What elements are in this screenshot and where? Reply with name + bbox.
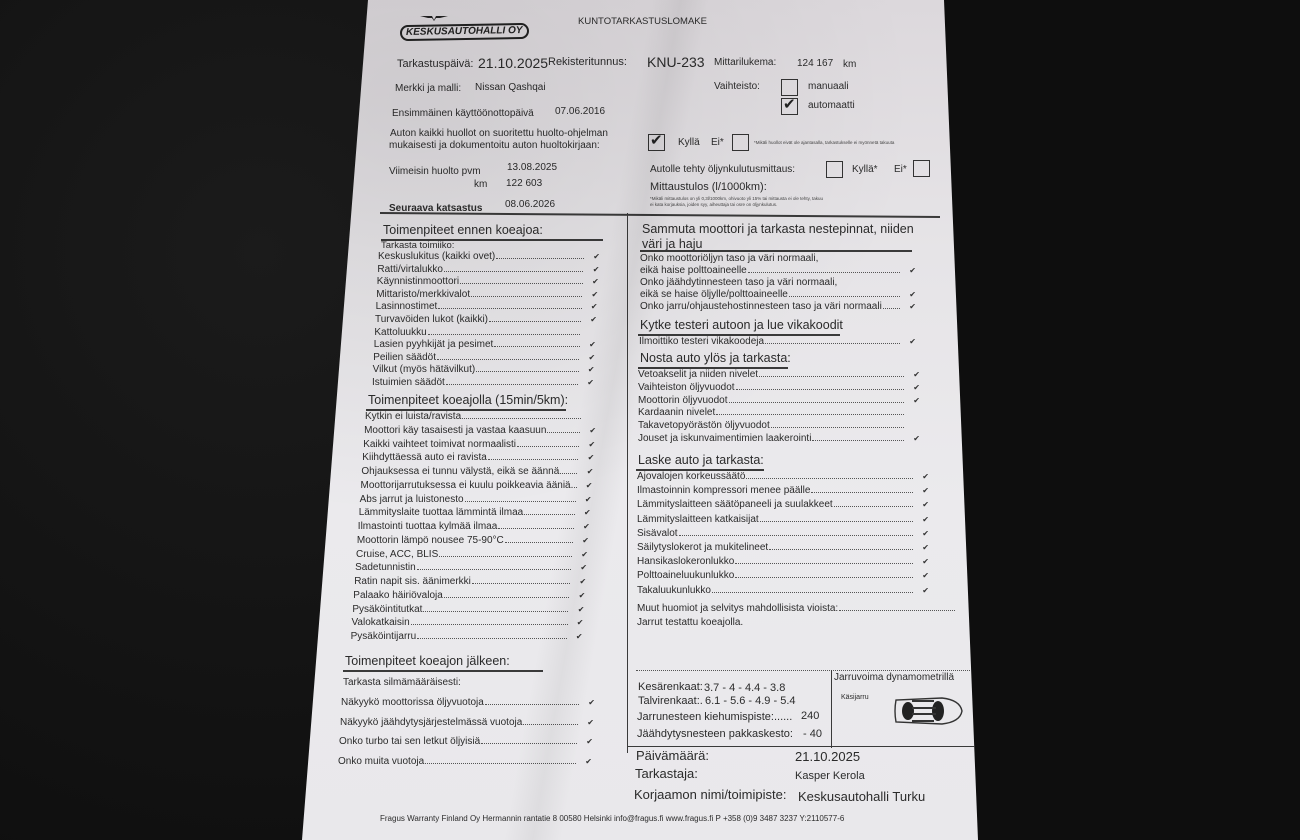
odometer-label: Mittarilukema: bbox=[714, 57, 776, 68]
service-history-label-2: mukaisesti ja dokumentoitu auton huoltok… bbox=[389, 140, 600, 151]
transmission-automatic-label: automaatti bbox=[808, 100, 855, 111]
service-history-yes-label: Kyllä bbox=[678, 137, 700, 148]
dotted-leader bbox=[771, 426, 904, 428]
service-history-note: *Mikäli huollot eivät ole ajantasalla, t… bbox=[754, 140, 894, 145]
checklist-item-label: Sadetunnistin bbox=[355, 562, 416, 573]
checklist-item-label: Käynnistinmoottori bbox=[377, 276, 459, 287]
checklist-item[interactable]: Moottorin lämpö nousee 75-90°C✔ bbox=[357, 535, 589, 546]
checklist-item[interactable]: Näkyykö jäähdytysjärjestelmässä vuotoja✔ bbox=[340, 717, 594, 728]
dotted-leader bbox=[716, 413, 904, 415]
service-history-no-checkbox[interactable] bbox=[732, 134, 749, 151]
check-mark-icon: ✔ bbox=[575, 536, 589, 545]
inspector-name: Kasper Kerola bbox=[795, 770, 865, 782]
check-mark-icon: ✔ bbox=[915, 557, 929, 566]
dotted-leader bbox=[789, 295, 900, 297]
dotted-leader bbox=[444, 596, 569, 598]
dotted-leader bbox=[735, 576, 913, 578]
checklist-item[interactable]: Lämmityslaite tuottaa lämmintä ilmaa✔ bbox=[359, 507, 591, 518]
check-mark-icon: ✔ bbox=[578, 495, 592, 504]
checklist-item-label: Cruise, ACC, BLIS bbox=[356, 549, 438, 560]
checklist-item[interactable]: Takaluukunlukko✔ bbox=[637, 585, 929, 596]
workshop-name: Keskusautohalli Turku bbox=[798, 789, 925, 804]
dotted-leader bbox=[494, 345, 579, 347]
section-fluids-heading-rule bbox=[640, 250, 912, 252]
summer-tires-label: Kesärenkaat: bbox=[638, 681, 703, 693]
notes-label: Muut huomiot ja selvitys mahdollisista v… bbox=[637, 603, 838, 614]
check-mark-icon: ✔ bbox=[581, 440, 595, 449]
form-title: KUNTOTARKASTUSLOMAKE bbox=[578, 16, 707, 27]
dotted-leader bbox=[765, 342, 900, 344]
service-history-yes-checkbox[interactable]: ✔ bbox=[648, 134, 665, 151]
section-subheading: Tarkasta toimiiko: bbox=[381, 240, 454, 251]
checklist-item[interactable]: Kattoluukku bbox=[374, 327, 596, 338]
check-mark-icon: ✔ bbox=[581, 698, 595, 707]
dotted-leader bbox=[769, 548, 913, 550]
footer-text: Fragus Warranty Finland Oy Hermannin ran… bbox=[380, 814, 844, 823]
dotted-leader bbox=[498, 527, 573, 529]
coolant-label: Jäähdytysnesteen pakkaskesto: bbox=[637, 728, 793, 740]
odometer-unit: km bbox=[843, 59, 856, 70]
checklist-item-label: Pysäköintijarru bbox=[351, 631, 417, 642]
checklist-item-label: Pysäköintitutkat bbox=[352, 604, 422, 615]
check-mark-icon: ✔ bbox=[915, 515, 929, 524]
dotted-leader bbox=[812, 439, 904, 441]
checklist-item[interactable]: Pysäköintitutkat✔ bbox=[352, 604, 584, 615]
check-mark-icon: ✔ bbox=[902, 337, 916, 346]
dotted-leader bbox=[729, 401, 905, 403]
checklist-item[interactable]: Sisävalot✔ bbox=[637, 528, 929, 539]
last-service-km-label: km bbox=[474, 179, 487, 190]
inspection-form-paper: KESKUSAUTOHALLI OY KUNTOTARKASTUSLOMAKE … bbox=[0, 0, 1300, 840]
checklist-item[interactable]: Pysäköintijarru✔ bbox=[351, 631, 583, 642]
checklist-item-label: Säilytyslokerot ja mukitelineet bbox=[637, 542, 768, 553]
inspection-date: 21.10.2025 bbox=[478, 55, 548, 71]
winter-tires-value: 6.1 - 5.6 - 4.9 - 5.4 bbox=[705, 695, 796, 707]
measurements-bottom-rule bbox=[628, 746, 978, 747]
check-mark-icon: ✔ bbox=[572, 577, 586, 586]
signoff-date-label: Päivämäärä: bbox=[636, 748, 709, 763]
transmission-automatic-checkbox[interactable]: ✔ bbox=[781, 98, 798, 115]
dotted-leader bbox=[811, 491, 913, 493]
checklist-item-label: Vilkut (myös hätävilkut) bbox=[373, 364, 476, 375]
checklist-item[interactable]: Kiihdyttäessä auto ei ravista✔ bbox=[362, 452, 594, 463]
checklist-item-label: Ilmoittiko testeri vikakoodeja bbox=[639, 336, 764, 347]
check-mark-icon: ✔ bbox=[574, 550, 588, 559]
checklist-item[interactable]: Mittaristo/merkkivalot✔ bbox=[376, 289, 598, 300]
dotted-leader bbox=[444, 270, 583, 272]
make-model-label: Merkki ja malli: bbox=[395, 83, 461, 94]
checklist-item-label: Kattoluukku bbox=[374, 327, 426, 338]
dotted-leader bbox=[524, 513, 574, 515]
checklist-item[interactable]: Kaikki vaihteet toimivat normaalisti✔ bbox=[363, 439, 595, 450]
checklist-item-label: Moottorijarrutuksessa ei kuulu poikkeavi… bbox=[361, 480, 574, 491]
checklist-item[interactable]: Moottorijarrutuksessa ei kuulu poikkeavi… bbox=[361, 480, 593, 491]
dotted-leader bbox=[411, 623, 568, 625]
signoff-date: 21.10.2025 bbox=[795, 749, 860, 764]
checklist-item-label: Lasinnostimet bbox=[376, 301, 438, 312]
section-lift-heading: Nosta auto ylös ja tarkasta: bbox=[640, 351, 791, 365]
check-mark-icon: ✔ bbox=[915, 529, 929, 538]
checklist-item[interactable]: Ratti/virtalukko✔ bbox=[377, 264, 599, 275]
checklist-item[interactable]: Lämmityslaitteen katkaisijat✔ bbox=[637, 514, 929, 525]
checklist-item-label: Abs jarrut ja luistonesto bbox=[360, 494, 464, 505]
checklist-item[interactable]: Onko jarru/ohjaustehostinnesteen taso ja… bbox=[640, 301, 916, 312]
service-history-no-label: Ei* bbox=[711, 137, 724, 148]
checklist-item[interactable]: Kardaanin nivelet bbox=[638, 407, 920, 418]
dotted-leader bbox=[523, 723, 578, 725]
notes-row: Muut huomiot ja selvitys mahdollisista v… bbox=[637, 603, 957, 614]
checklist-item[interactable]: Polttoaineluukunlukko✔ bbox=[637, 570, 929, 581]
dotted-leader bbox=[476, 370, 578, 372]
oil-measure-label: Autolle tehty öljynkulutusmittaus: bbox=[650, 164, 795, 175]
dotted-leader bbox=[759, 375, 904, 377]
checklist-item[interactable]: Ilmoittiko testeri vikakoodeja✔ bbox=[639, 336, 916, 347]
checklist-item[interactable]: Säilytyslokerot ja mukitelineet✔ bbox=[637, 542, 929, 553]
checklist-item-label: Lämmityslaite tuottaa lämmintä ilmaa bbox=[359, 507, 524, 518]
dotted-leader bbox=[712, 591, 913, 593]
logo-wing-icon bbox=[420, 15, 448, 21]
dotted-leader bbox=[460, 282, 583, 284]
checklist-item-label: Kardaanin nivelet bbox=[638, 407, 715, 418]
checklist-item-label: Ilmastoinnin kompressori menee päälle bbox=[637, 485, 810, 496]
check-mark-icon: ✔ bbox=[906, 383, 920, 392]
check-mark-icon: ✔ bbox=[578, 757, 592, 766]
company-logo: KESKUSAUTOHALLI OY bbox=[400, 23, 529, 41]
check-mark-icon: ✔ bbox=[577, 508, 591, 517]
dotted-leader bbox=[465, 500, 576, 502]
check-mark-icon: ✔ bbox=[580, 453, 594, 462]
dotted-leader bbox=[439, 555, 572, 557]
checklist-item-label: Kytkin ei luista/ravista bbox=[365, 411, 461, 422]
checklist-item[interactable]: Turvavöiden lukot (kaikki)✔ bbox=[375, 314, 597, 325]
checklist-item[interactable]: Ratin napit sis. äänimerkki✔ bbox=[354, 576, 586, 587]
check-mark-icon: ✔ bbox=[582, 426, 596, 435]
checklist-item[interactable]: Näkyykö moottorissa öljyvuotoja✔ bbox=[341, 697, 595, 708]
check-mark-icon: ✔ bbox=[915, 571, 929, 580]
dotted-leader bbox=[417, 568, 571, 570]
checklist-item-label: Sisävalot bbox=[637, 528, 678, 539]
last-service-km: 122 603 bbox=[506, 178, 542, 189]
checklist-item-label: Lämmityslaitteen katkaisijat bbox=[637, 514, 759, 525]
checklist-item[interactable]: Palaako häiriövaloja✔ bbox=[353, 590, 585, 601]
dotted-leader bbox=[481, 742, 577, 744]
checklist-item[interactable]: Peilien säädöt✔ bbox=[373, 352, 595, 363]
check-mark-icon: ✔ bbox=[580, 718, 594, 727]
dotted-leader bbox=[438, 307, 581, 309]
checklist-item-label: Polttoaineluukunlukko bbox=[637, 570, 734, 581]
check-mark-icon: ✔ bbox=[583, 315, 597, 324]
checklist-item-label: Onko jäähdytinnesteen taso ja väri norma… bbox=[640, 277, 837, 288]
checklist-item-label: Valokatkaisin bbox=[352, 617, 410, 628]
dotted-leader bbox=[417, 637, 566, 639]
checklist-item[interactable]: eikä haise polttoaineelle✔ bbox=[640, 265, 916, 276]
checklist-item-label: eikä se haise öljylle/polttoaineelle bbox=[640, 289, 788, 300]
notes-text: Jarrut testattu koeajolla. bbox=[637, 617, 743, 628]
checklist-item-label: Onko jarru/ohjaustehostinnesteen taso ja… bbox=[640, 301, 882, 312]
checklist-item-label: Moottorin öljyvuodot bbox=[638, 395, 728, 406]
check-mark-icon: ✔ bbox=[579, 737, 593, 746]
summer-tires-value: 3.7 - 4 - 4.4 - 3.8 bbox=[704, 682, 785, 694]
check-mark-icon: ✔ bbox=[915, 500, 929, 509]
dotted-leader bbox=[446, 383, 578, 385]
section-diagnostics-heading: Kytke testeri autoon ja lue vikakoodit bbox=[640, 318, 843, 332]
check-mark-icon: ✔ bbox=[915, 486, 929, 495]
checklist-item[interactable]: Onko turbo tai sen letkut öljyisiä✔ bbox=[339, 736, 593, 747]
check-mark-icon: ✔ bbox=[915, 543, 929, 552]
checklist-item-label: Näkyykö moottorissa öljyvuotoja bbox=[341, 697, 484, 708]
transmission-manual-label: manuaali bbox=[808, 81, 849, 92]
check-mark-icon: ✔ bbox=[581, 353, 595, 362]
oil-result-note-2: ei kata korjauksia, joiden syy, aiheutta… bbox=[650, 202, 777, 207]
oil-measure-no-checkbox[interactable] bbox=[913, 160, 930, 177]
check-mark-icon: ✔ bbox=[585, 265, 599, 274]
transmission-label: Vaihteisto: bbox=[714, 81, 760, 92]
next-inspection: 08.06.2026 bbox=[505, 199, 555, 210]
check-mark-icon: ✔ bbox=[902, 290, 916, 299]
inspection-date-label: Tarkastuspäivä: bbox=[397, 58, 473, 70]
dotted-leader bbox=[760, 520, 913, 522]
section-after-test-drive-heading-rule bbox=[343, 670, 543, 672]
check-mark-icon: ✔ bbox=[581, 365, 595, 374]
dotted-leader bbox=[437, 358, 579, 360]
checklist-item-label: Jouset ja iskunvaimentimien laakerointi bbox=[638, 433, 811, 444]
dotted-leader bbox=[679, 534, 913, 536]
header-divider bbox=[380, 212, 940, 218]
dotted-leader bbox=[735, 562, 913, 564]
check-mark-icon: ✔ bbox=[569, 632, 583, 641]
checklist-item[interactable]: Moottorin öljyvuodot✔ bbox=[638, 395, 920, 406]
registration: KNU-233 bbox=[647, 54, 705, 70]
checklist-item-label: Kaikki vaihteet toimivat normaalisti bbox=[363, 439, 516, 450]
dotted-leader bbox=[560, 472, 577, 474]
dotted-leader bbox=[736, 388, 904, 390]
checklist-item-label: Onko muita vuotoja bbox=[338, 756, 424, 767]
check-mark-icon: ✔ bbox=[582, 340, 596, 349]
check-mark-icon: ✔ bbox=[584, 302, 598, 311]
check-mark-icon: ✔ bbox=[906, 396, 920, 405]
measurements-divider bbox=[831, 670, 832, 748]
check-mark-icon: ✔ bbox=[906, 370, 920, 379]
checklist-item[interactable]: Ilmastoinnin kompressori menee päälle✔ bbox=[637, 485, 929, 496]
section-fluids-heading: Sammuta moottori ja tarkasta nestepinnat… bbox=[642, 222, 922, 252]
checklist-item[interactable]: Ajovalojen korkeussäätö✔ bbox=[637, 471, 929, 482]
dotted-leader bbox=[547, 431, 580, 433]
oil-result-label: Mittaustulos (l/1000km): bbox=[650, 181, 767, 193]
checklist-item-label: Ohjauksessa ei tunnu välystä, eikä se ää… bbox=[361, 466, 559, 477]
checklist-item-label: Moottori käy tasaisesti ja vastaa kaasuu… bbox=[364, 425, 546, 436]
checklist-item-label: Peilien säädöt bbox=[373, 352, 436, 363]
check-mark-icon: ✔ bbox=[650, 132, 663, 150]
dotted-leader bbox=[428, 333, 581, 335]
dotted-leader bbox=[834, 505, 913, 507]
checklist-item-label: Hansikaslokeronlukko bbox=[637, 556, 734, 567]
checklist-item[interactable]: Lasien pyyhkijät ja pesimet✔ bbox=[374, 339, 596, 350]
section-after-test-drive-heading: Toimenpiteet koeajon jälkeen: bbox=[345, 654, 510, 668]
check-mark-icon: ✔ bbox=[570, 605, 584, 614]
oil-result-note-1: *Mikäli mittaustulos on yli 0,3l/1000km,… bbox=[650, 196, 823, 201]
checklist-item[interactable]: Takavetopyörästön öljyvuodot bbox=[638, 420, 920, 431]
dotted-leader bbox=[496, 257, 584, 259]
check-mark-icon: ✔ bbox=[915, 472, 929, 481]
last-service-label: Viimeisin huolto pvm bbox=[389, 166, 481, 177]
checklist-item[interactable]: Valokatkaisin✔ bbox=[352, 617, 584, 628]
check-mark-icon: ✔ bbox=[915, 586, 929, 595]
checklist-item-label: Vaihteiston öljyvuodot bbox=[638, 382, 735, 393]
checklist-item[interactable]: Lämmityslaitteen säätöpaneeli ja suulakk… bbox=[637, 499, 929, 510]
oil-measure-no-label: Ei* bbox=[894, 164, 907, 175]
check-mark-icon: ✔ bbox=[906, 434, 920, 443]
checklist-item-label: Takaluukunlukko bbox=[637, 585, 711, 596]
dotted-leader bbox=[425, 762, 576, 764]
registration-label: Rekisteritunnus: bbox=[548, 56, 627, 68]
checklist-item-label: Istuimien säädöt bbox=[372, 377, 445, 388]
dotted-leader bbox=[517, 445, 579, 447]
checklist-item-label: Takavetopyörästön öljyvuodot bbox=[638, 420, 770, 431]
first-registration: 07.06.2016 bbox=[555, 106, 605, 117]
oil-measure-yes-label: Kyllä* bbox=[852, 164, 878, 175]
check-mark-icon: ✔ bbox=[902, 302, 916, 311]
checklist-item[interactable]: Sadetunnistin✔ bbox=[355, 562, 587, 573]
dotted-leader bbox=[471, 295, 582, 297]
checklist-item[interactable]: Hansikaslokeronlukko✔ bbox=[637, 556, 929, 567]
handbrake-label: Käsijarru bbox=[841, 694, 869, 701]
checklist-item[interactable]: Käynnistinmoottori✔ bbox=[377, 276, 599, 287]
section-before-test-drive-heading: Toimenpiteet ennen koeajoa: bbox=[383, 223, 543, 237]
dotted-leader bbox=[423, 610, 568, 612]
dotted-leader bbox=[488, 458, 578, 460]
checklist-item-label: Palaako häiriövaloja bbox=[353, 590, 443, 601]
dotted-leader bbox=[485, 703, 579, 705]
checklist-item-label: Moottorin lämpö nousee 75-90°C bbox=[357, 535, 504, 546]
checklist-item-label: eikä haise polttoaineelle bbox=[640, 265, 747, 276]
check-mark-icon: ✔ bbox=[580, 378, 594, 387]
brake-fluid-label: Jarrunesteen kiehumispiste:...... bbox=[637, 711, 792, 723]
checklist-item[interactable]: Moottori käy tasaisesti ja vastaa kaasuu… bbox=[364, 425, 596, 436]
check-mark-icon: ✔ bbox=[570, 618, 584, 627]
dotted-leader bbox=[746, 477, 913, 479]
checklist-item-label: Ratti/virtalukko bbox=[377, 264, 443, 275]
checklist-item[interactable]: Abs jarrut ja luistonesto✔ bbox=[360, 494, 592, 505]
check-mark-icon: ✔ bbox=[576, 522, 590, 531]
checklist-item-label: Ilmastointi tuottaa kylmää ilmaa bbox=[358, 521, 498, 532]
checklist-item-label: Vetoakselit ja niiden nivelet bbox=[638, 369, 758, 380]
checklist-item-label: Lämmityslaitteen säätöpaneeli ja suulakk… bbox=[637, 499, 833, 510]
inspector-label: Tarkastaja: bbox=[635, 766, 698, 781]
column-divider bbox=[627, 213, 628, 753]
last-service-date: 13.08.2025 bbox=[507, 162, 557, 173]
dotted-leader bbox=[462, 417, 581, 419]
dyno-label: Jarruvoima dynamometrillä bbox=[834, 672, 954, 683]
winter-tires-label: Talvirenkaat:. bbox=[638, 695, 703, 707]
dotted-leader bbox=[472, 582, 570, 584]
check-mark-icon: ✔ bbox=[571, 591, 585, 600]
dotted-leader bbox=[574, 486, 576, 488]
coolant-value: - 40 bbox=[803, 728, 822, 740]
check-mark-icon: ✔ bbox=[783, 96, 796, 114]
check-mark-icon: ✔ bbox=[586, 252, 600, 261]
checklist-item-label: Mittaristo/merkkivalot bbox=[376, 289, 470, 300]
checklist-item-label: Keskuslukitus (kaikki ovet) bbox=[378, 251, 495, 262]
workshop-label: Korjaamon nimi/toimipiste: bbox=[634, 787, 786, 802]
odometer: 124 167 bbox=[797, 58, 833, 69]
checklist-item[interactable]: Vetoakselit ja niiden nivelet✔ bbox=[638, 369, 920, 380]
checklist-item-label: Onko moottoriöljyn taso ja väri normaali… bbox=[640, 253, 818, 264]
checklist-item[interactable]: Vaihteiston öljyvuodot✔ bbox=[638, 382, 920, 393]
checklist-item-label: Onko turbo tai sen letkut öljyisiä bbox=[339, 736, 480, 747]
checklist-item[interactable]: Kytkin ei luista/ravista bbox=[365, 411, 597, 422]
section-test-drive-heading: Toimenpiteet koeajolla (15min/5km): bbox=[368, 393, 568, 407]
checklist-item[interactable]: eikä se haise öljylle/polttoaineelle✔ bbox=[640, 289, 916, 300]
check-mark-icon: ✔ bbox=[573, 563, 587, 572]
car-top-view-icon bbox=[890, 694, 964, 728]
first-registration-label: Ensimmäinen käyttöönottopäivä bbox=[392, 108, 534, 119]
section-lower-heading: Laske auto ja tarkasta: bbox=[638, 453, 764, 467]
dotted-leader bbox=[505, 541, 573, 543]
checklist-item[interactable]: Ilmastointi tuottaa kylmää ilmaa✔ bbox=[358, 521, 590, 532]
checklist-item-label: Turvavöiden lukot (kaikki) bbox=[375, 314, 488, 325]
check-mark-icon: ✔ bbox=[579, 467, 593, 476]
dotted-leader bbox=[489, 320, 581, 322]
checklist-item[interactable]: Onko muita vuotoja✔ bbox=[338, 756, 592, 767]
oil-measure-yes-checkbox[interactable] bbox=[826, 161, 843, 178]
checklist-item-label: Ratin napit sis. äänimerkki bbox=[354, 576, 471, 587]
checklist-item[interactable]: Jouset ja iskunvaimentimien laakerointi✔ bbox=[638, 433, 920, 444]
transmission-manual-checkbox[interactable] bbox=[781, 79, 798, 96]
check-mark-icon: ✔ bbox=[584, 290, 598, 299]
checklist-item[interactable]: Cruise, ACC, BLIS✔ bbox=[356, 549, 588, 560]
checklist-item-label: Lasien pyyhkijät ja pesimet bbox=[374, 339, 494, 350]
check-mark-icon: ✔ bbox=[902, 266, 916, 275]
measurements-top-rule bbox=[636, 670, 976, 671]
make-model: Nissan Qashqai bbox=[475, 82, 546, 93]
check-mark-icon: ✔ bbox=[585, 277, 599, 286]
checklist-item-label: Kiihdyttäessä auto ei ravista bbox=[362, 452, 487, 463]
dotted-leader bbox=[883, 307, 900, 309]
checklist-item[interactable]: Ohjauksessa ei tunnu välystä, eikä se ää… bbox=[361, 466, 593, 477]
check-mark-icon: ✔ bbox=[579, 481, 593, 490]
checklist-item-label: Ajovalojen korkeussäätö bbox=[637, 471, 745, 482]
brake-fluid-value: 240 bbox=[801, 710, 819, 722]
dotted-leader bbox=[748, 271, 900, 273]
service-history-label-1: Auton kaikki huollot on suoritettu huolt… bbox=[390, 128, 608, 139]
checklist-item[interactable]: Lasinnostimet✔ bbox=[376, 301, 598, 312]
checklist-item[interactable]: Vilkut (myös hätävilkut)✔ bbox=[373, 364, 595, 375]
checklist-item[interactable]: Keskuslukitus (kaikki ovet)✔ bbox=[378, 251, 600, 262]
checklist-item[interactable]: Istuimien säädöt✔ bbox=[372, 377, 594, 388]
section-subheading: Tarkasta silmämääräisesti: bbox=[343, 677, 461, 688]
checklist-item-label: Näkyykö jäähdytysjärjestelmässä vuotoja bbox=[340, 717, 522, 728]
